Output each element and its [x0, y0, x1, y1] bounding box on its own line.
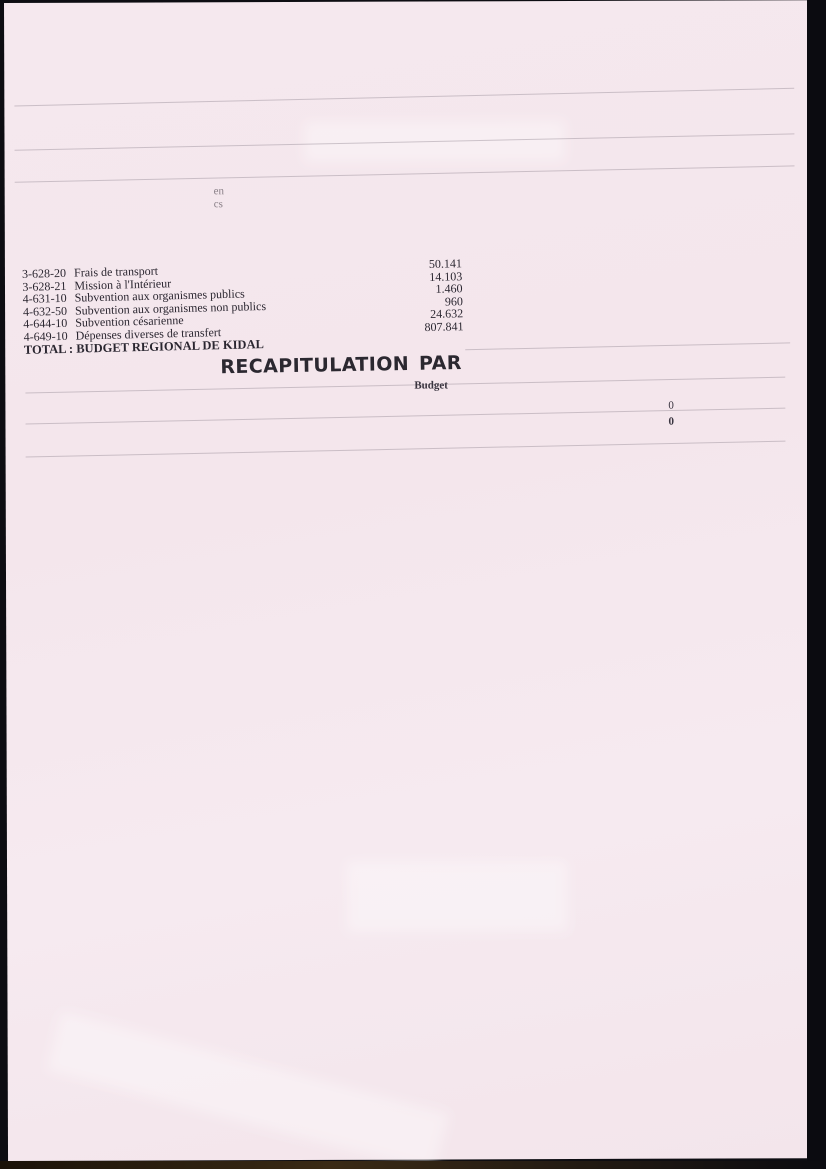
- ruled-line: [25, 377, 785, 394]
- header-fragment: en: [214, 186, 224, 197]
- paper-crease: [347, 861, 567, 932]
- scanned-page: en cs 3-628-20 Frais de transport 50.141…: [4, 0, 811, 1161]
- scanner-edge: [807, 0, 826, 1169]
- recap-title: RECAPITULATIONPAR: [220, 352, 462, 378]
- recap-total-value: 0: [668, 416, 674, 428]
- recap-title-part2: PAR: [419, 352, 462, 375]
- header-fragment: cs: [214, 199, 223, 210]
- ruled-line: [15, 165, 795, 182]
- budget-column-header: Budget: [414, 379, 448, 391]
- scanner-edge: [0, 1161, 826, 1169]
- recap-value: 0: [668, 400, 674, 412]
- paper-crease: [47, 1012, 449, 1169]
- budget-table: 3-628-20 Frais de transport 50.141 3-628…: [22, 257, 464, 357]
- ruled-line: [465, 342, 790, 350]
- recap-title-part1: RECAPITULATION: [220, 353, 409, 378]
- ruled-line: [26, 441, 786, 458]
- ruled-line: [14, 88, 794, 107]
